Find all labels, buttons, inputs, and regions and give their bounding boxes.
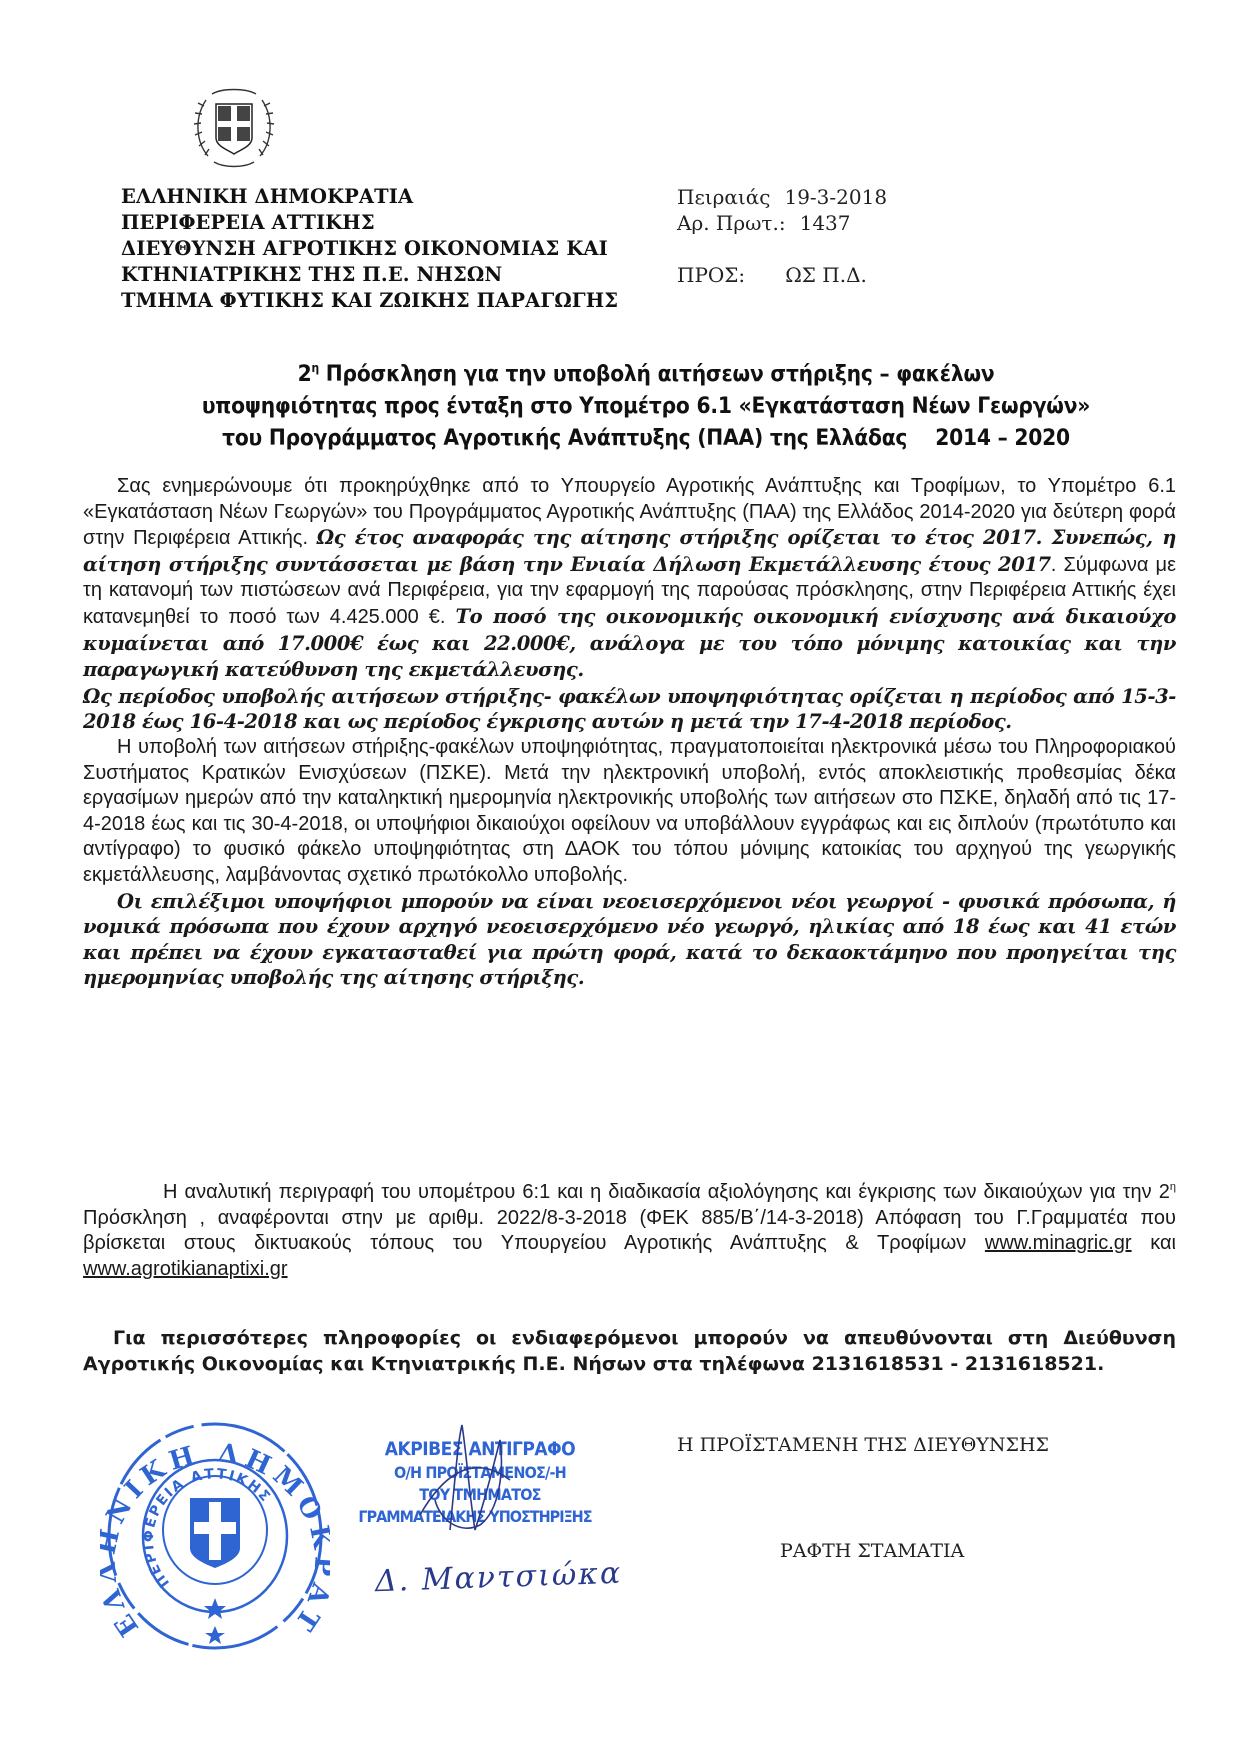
signatory-title: Η ΠΡΟΪΣΤΑΜΕΝΗ ΤΗΣ ΔΙΕΥΘΥΝΣΗΣ [677, 1434, 1049, 1456]
official-seal-icon: ΕΛΛΗΝΙΚΗ ΔΗΜΟΚΡΑΤΙΑ ΠΕΡΙΦΕΡΕΙΑ ΑΤΤΙΚΗΣ [100, 1418, 330, 1658]
place-label: Πειραιάς [677, 185, 770, 209]
paragraph-legal-reference: Η αναλυτική περιγραφή του υπομέτρου 6:1 … [83, 1175, 1176, 1282]
ordinal-suffix: η [1170, 1181, 1176, 1193]
document-meta: Πειραιάς19-3-2018 Αρ. Πρωτ.:1437 ΠΡΟΣ:ΩΣ… [677, 184, 887, 288]
authority-line: ΕΛΛΗΝΙΚΗ ΔΗΜΟΚΡΑΤΙΑ [121, 184, 618, 210]
issuing-authority: ΕΛΛΗΝΙΚΗ ΔΗΜΟΚΡΑΤΙΑ ΠΕΡΙΦΕΡΕΙΑ ΑΤΤΙΚΗΣ Δ… [121, 184, 618, 314]
title-ordinal-suffix: η [311, 361, 319, 375]
title-ordinal: 2 [298, 361, 312, 387]
title-line-3: του Προγράμματος Αγροτικής Ανάπτυξης (ΠΑ… [222, 425, 907, 451]
document-body: Σας ενημερώνουμε ότι προκηρύχθηκε από το… [83, 474, 1176, 991]
paragraph-submission-period: Ως περίοδος υποβολής αιτήσεων στήριξης- … [83, 684, 1176, 735]
document-title: 2η Πρόσκληση για την υποβολή αιτήσεων στ… [121, 352, 1171, 454]
authority-line: ΤΜΗΜΑ ΦΥΤΙΚΗΣ ΚΑΙ ΖΩΙΚΗΣ ΠΑΡΑΓΩΓΗΣ [121, 288, 618, 314]
title-line-1: Πρόσκληση για την υποβολή αιτήσεων στήρι… [326, 361, 995, 387]
protocol-label: Αρ. Πρωτ.: [677, 211, 786, 235]
paragraph-announcement: Σας ενημερώνουμε ότι προκηρύχθηκε από το… [83, 474, 1176, 684]
recipient-label: ΠΡΟΣ: [677, 263, 745, 287]
recipient-value: ΩΣ Π.Δ. [785, 263, 867, 287]
signature-scribble-icon [400, 1420, 520, 1540]
document-date: 19-3-2018 [784, 185, 887, 209]
minagric-link[interactable]: www.minagric.gr [985, 1232, 1132, 1254]
agrotikianaptixi-link[interactable]: www.agrotikianaptixi.gr [83, 1258, 288, 1280]
reference-text-a: Η αναλυτική περιγραφή του υπομέτρου 6:1 … [163, 1181, 1170, 1203]
conjunction-text: και [1132, 1232, 1176, 1254]
contact-text: Για περισσότερες πληροφορίες οι ενδιαφερ… [83, 1325, 1176, 1377]
authority-line: ΚΤΗΝΙΑΤΡΙΚΗΣ ΤΗΣ Π.Ε. ΝΗΣΩΝ [121, 262, 618, 288]
title-line-2: υποψηφιότητας προς ένταξη στο Υπομέτρο 6… [121, 390, 1171, 422]
coat-of-arms-icon [190, 84, 278, 170]
paragraph-eligibility: Οι επιλέξιμοι υποψήφιοι μπορούν να είναι… [83, 889, 1176, 991]
title-years: 2014 – 2020 [935, 425, 1070, 451]
paragraph-submission-process: Η υποβολή των αιτήσεων στήριξης-φακέλων … [83, 735, 1176, 889]
authority-line: ΔΙΕΥΘΥΝΣΗ ΑΓΡΟΤΙΚΗΣ ΟΙΚΟΝΟΜΙΑΣ ΚΑΙ [121, 236, 618, 262]
authority-line: ΠΕΡΙΦΕΡΕΙΑ ΑΤΤΙΚΗΣ [121, 210, 618, 236]
paragraph-contact: Για περισσότερες πληροφορίες οι ενδιαφερ… [83, 1325, 1176, 1377]
protocol-number: 1437 [800, 211, 851, 235]
handwritten-signature: Δ. Μαντσιώκα [374, 1556, 622, 1600]
signatory-name: ΡΑΦΤΗ ΣΤΑΜΑΤΙΑ [780, 1540, 964, 1562]
period-punctuation: . [1051, 554, 1057, 576]
